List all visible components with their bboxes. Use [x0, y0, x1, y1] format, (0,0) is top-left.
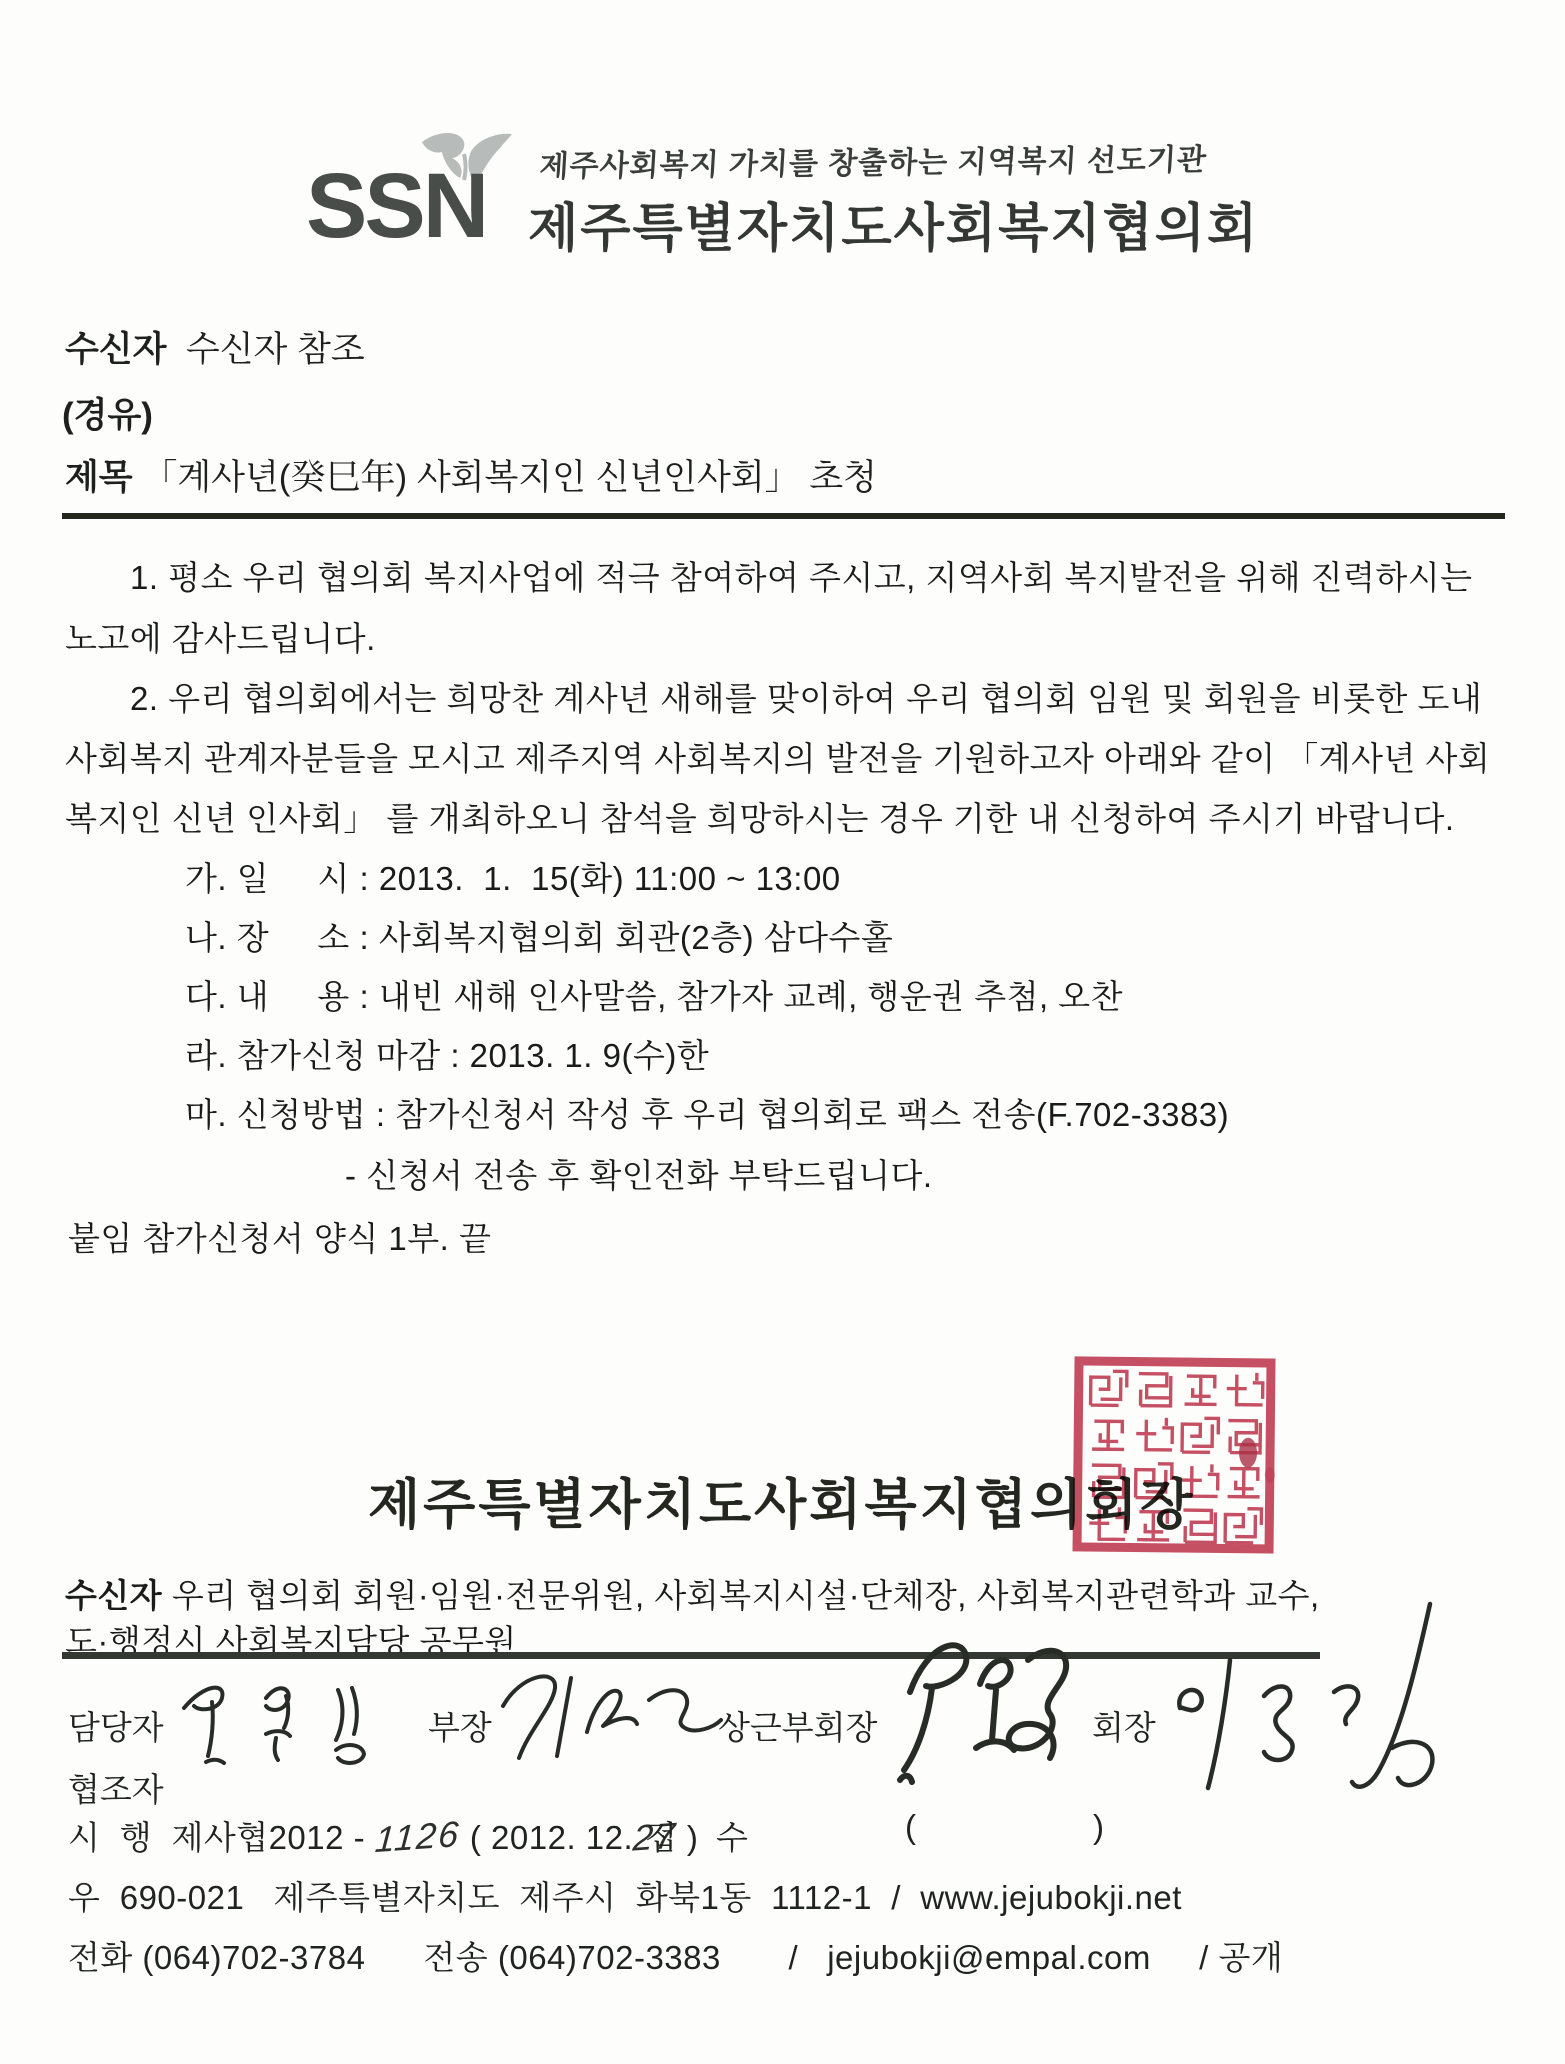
- via-line: (경유): [62, 388, 153, 438]
- recipient-label: 수신자: [65, 330, 166, 369]
- body-line-note: - 신청서 전송 후 확인전화 부탁드립니다.: [345, 1150, 933, 1197]
- address-line: 우 690-021 제주특별자치도 제주시 화북1동 1112-1 / www.…: [68, 1872, 1182, 1919]
- body-line: 사회복지 관계자분들을 모시고 제주지역 사회복지의 발전을 기원하고자 아래와…: [65, 733, 1490, 780]
- recipient-value: 수신자 참조: [186, 330, 365, 369]
- body-line: 1. 평소 우리 협의회 복지사업에 적극 참여하여 주시고, 지역사회 복지발…: [130, 552, 1473, 599]
- cooperator-label: 협조자: [68, 1764, 164, 1811]
- issue-date-prefix: ( 2012. 12.: [460, 1819, 633, 1856]
- body-line-deadline: 라. 참가신청 마감 : 2013. 1. 9(수)한: [185, 1030, 709, 1077]
- subject-value: 「계사년(癸巳年) 사회복지인 신년인사회」 초청: [142, 458, 877, 497]
- recipients-line-1: 수신자 우리 협의회 회원·임원·전문위원, 사회복지시설·단체장, 사회복지관…: [65, 1570, 1320, 1617]
- receipt-paren-open: (: [905, 1808, 917, 1846]
- issue-label: 시 행: [68, 1819, 171, 1856]
- dept-head-label: 부장: [428, 1702, 492, 1749]
- receipt-label: 접 수: [645, 1812, 748, 1859]
- ssn-logo: SSN: [306, 160, 486, 252]
- contact-line: 전화 (064)702-3784 전송 (064)702-3383 / jeju…: [68, 1932, 1283, 1979]
- body-line-event-program: 다. 내 용 : 내빈 새해 인사말씀, 참가자 교례, 행운권 추첨, 오찬: [185, 971, 1123, 1018]
- body-line-event-venue: 나. 장 소 : 사회복지협의회 회관(2층) 삼다수홀: [185, 912, 893, 959]
- attachment-line: 붙임 참가신청서 양식 1부. 끝: [68, 1213, 491, 1260]
- recipients-label: 수신자: [65, 1577, 162, 1614]
- chair-label: 회장: [1092, 1702, 1156, 1749]
- issue-number-handwritten: 1126: [373, 1813, 461, 1861]
- vice-chair-signature-handwriting: [888, 1628, 1098, 1803]
- subject-label: 제목: [65, 458, 133, 497]
- chair-signature-handwriting: [1158, 1596, 1468, 1816]
- scanned-official-letter: SSN 제주사회복지 가치를 창출하는 지역복지 선도기관 제주특별자치도사회복…: [0, 0, 1565, 2064]
- body-line-apply-method: 마. 신청방법 : 참가신청서 작성 후 우리 협의회로 팩스 전송(F.702…: [185, 1089, 1229, 1136]
- issue-info-line: 시 행 제사협2012 - 1126 ( 2012. 12.27 ): [68, 1812, 698, 1859]
- body-line: 2. 우리 협의회에서는 희망찬 계사년 새해를 맞이하여 우리 협의회 임원 …: [130, 673, 1482, 720]
- vice-chair-label: 상근부회장: [718, 1702, 877, 1749]
- letterhead-slogan: 제주사회복지 가치를 창출하는 지역복지 선도기관: [538, 135, 1208, 186]
- body-line: 복지인 신년 인사회」 를 개최하오니 참석을 희망하시는 경우 기한 내 신청…: [65, 793, 1455, 840]
- manager-signature-handwriting: [170, 1668, 410, 1778]
- recipient-line: 수신자 수신자 참조: [65, 322, 365, 372]
- official-red-seal: [1071, 1355, 1281, 1559]
- body-line: 노고에 감사드립니다.: [65, 613, 376, 660]
- issue-number-prefix: 제사협2012 -: [171, 1819, 374, 1856]
- header-divider-rule: [62, 513, 1505, 519]
- receipt-paren-close: ): [1093, 1808, 1105, 1846]
- subject-line: 제목 「계사년(癸巳年) 사회복지인 신년인사회」 초청: [65, 450, 877, 500]
- letterhead-org-name: 제주특별자치도사회복지협의회: [528, 186, 1259, 261]
- manager-label: 담당자: [68, 1702, 164, 1749]
- dept-head-signature-handwriting: [495, 1658, 735, 1778]
- body-line-event-datetime: 가. 일 시 : 2013. 1. 15(화) 11:00 ~ 13:00: [185, 853, 841, 900]
